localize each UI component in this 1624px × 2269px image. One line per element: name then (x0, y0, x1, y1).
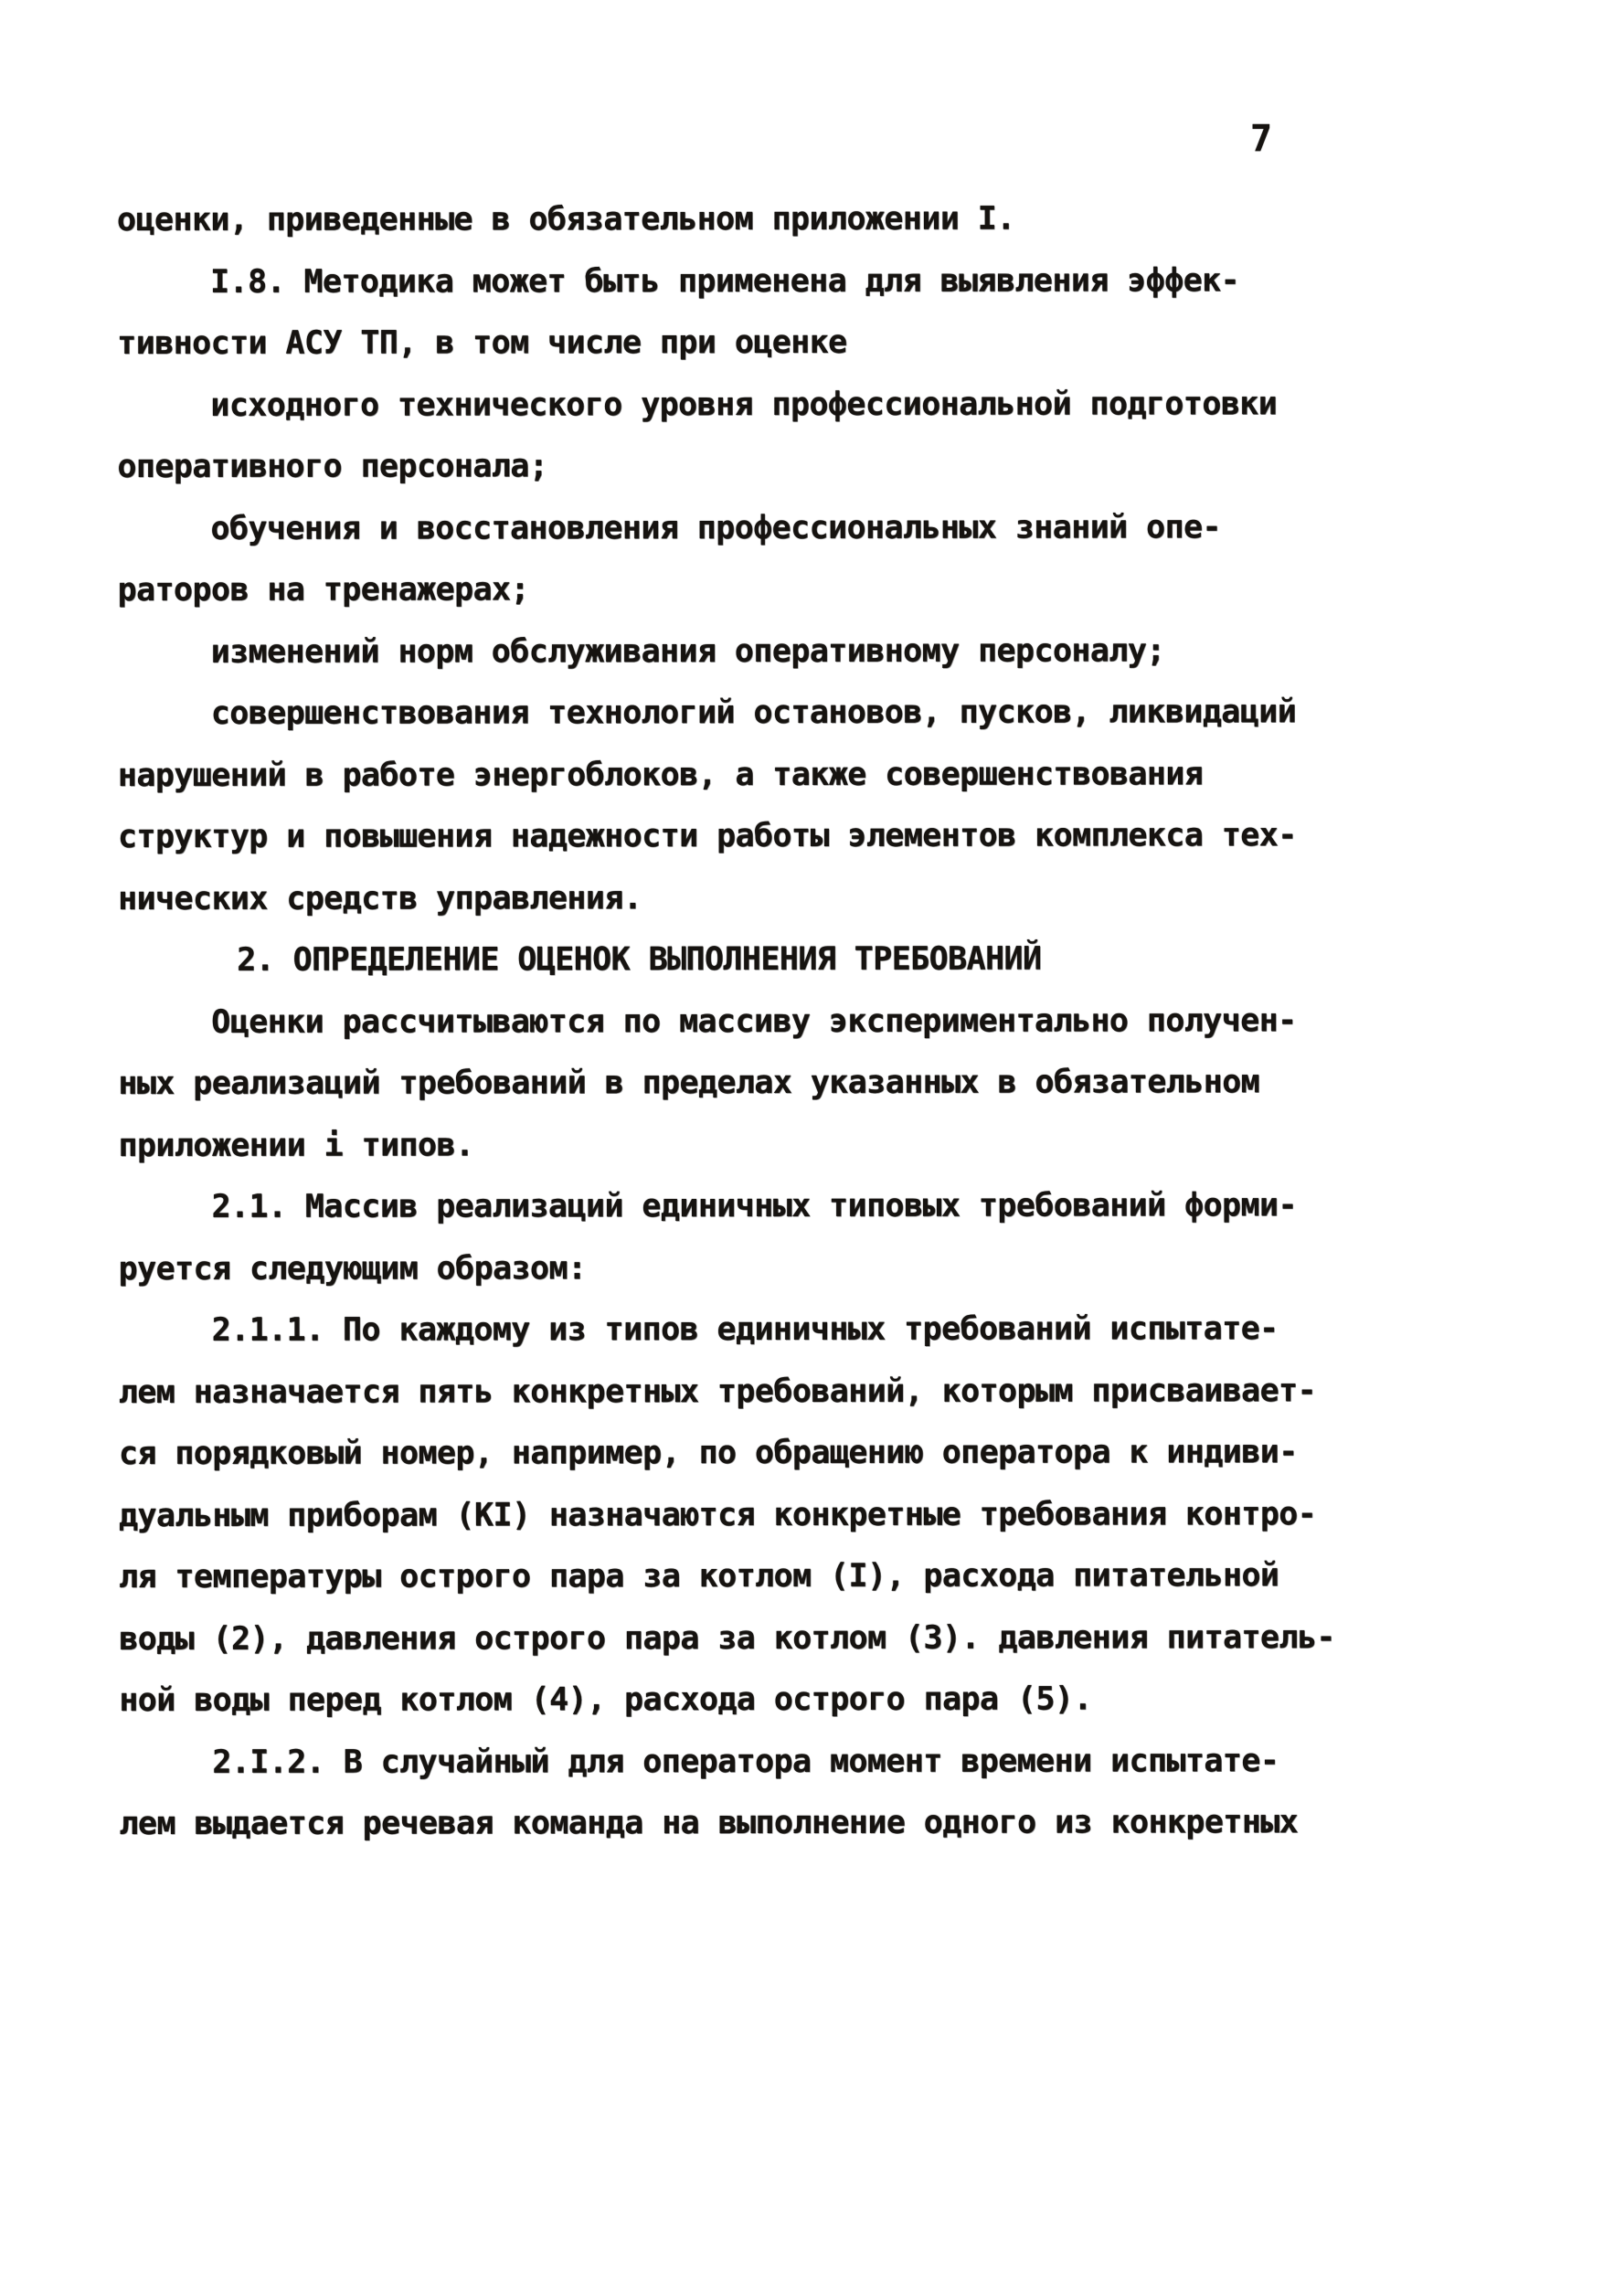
text-line: ся порядковый номер, например, по обраще… (119, 1422, 1544, 1486)
text-line: лем назначается пять конкретных требован… (119, 1360, 1544, 1424)
text-line: оперативного персонала; (117, 435, 1543, 499)
text-line: раторов на тренажерах; (118, 558, 1544, 622)
text-line: I.8. Методика может быть применена для в… (117, 249, 1543, 313)
text-line: ля температуры острого пара за котлом (I… (119, 1545, 1544, 1609)
page-number: 7 (1250, 117, 1272, 161)
text-line: изменений норм обслуживания оперативному… (118, 620, 1544, 684)
text-line: тивности АСУ ТП, в том числе при оценке (117, 312, 1543, 376)
text-line: оценки, приведенные в обязательном прило… (117, 188, 1543, 252)
text-line: воды (2), давления острого пара за котло… (119, 1606, 1544, 1670)
text-line: обучения и восстановления профессиональн… (117, 496, 1543, 560)
text-line: дуальным приборам (КI) назначаются конкр… (119, 1483, 1544, 1547)
text-line: исходного технического уровня профессион… (117, 373, 1543, 437)
document-body: оценки, приведенные в обязательном прило… (117, 188, 1545, 1856)
text-line: структур и повышения надежности работы э… (118, 805, 1544, 869)
text-line: лем выдается речевая команда на выполнен… (119, 1792, 1544, 1856)
text-line: ных реализаций требований в пределах ука… (118, 1052, 1544, 1116)
text-line: 2.1. Массив реализаций единичных типовых… (119, 1175, 1544, 1239)
text-line: 2.I.2. В случайный для оператора момент … (119, 1730, 1544, 1794)
text-line: руется следующим образом: (119, 1236, 1544, 1300)
section-heading: 2. ОПРЕДЕЛЕНИЕ ОЦЕНОК ВЫПОЛНЕНИЯ ТРЕБОВА… (118, 928, 1544, 992)
text-line: Оценки рассчитываются по массиву экспери… (118, 990, 1544, 1054)
text-line: совершенствования технологий остановов, … (118, 682, 1544, 746)
text-line: ной воды перед котлом (4), расхода остро… (119, 1669, 1544, 1733)
text-line: 2.1.1. По каждому из типов единичных тре… (119, 1299, 1544, 1362)
text-line: приложении i типов. (118, 1113, 1544, 1177)
text-line: нарушений в работе энергоблоков, а также… (118, 743, 1544, 807)
scanned-document-page: 7 оценки, приведенные в обязательном при… (0, 0, 1624, 2269)
text-line: нических средств управления. (118, 866, 1544, 930)
